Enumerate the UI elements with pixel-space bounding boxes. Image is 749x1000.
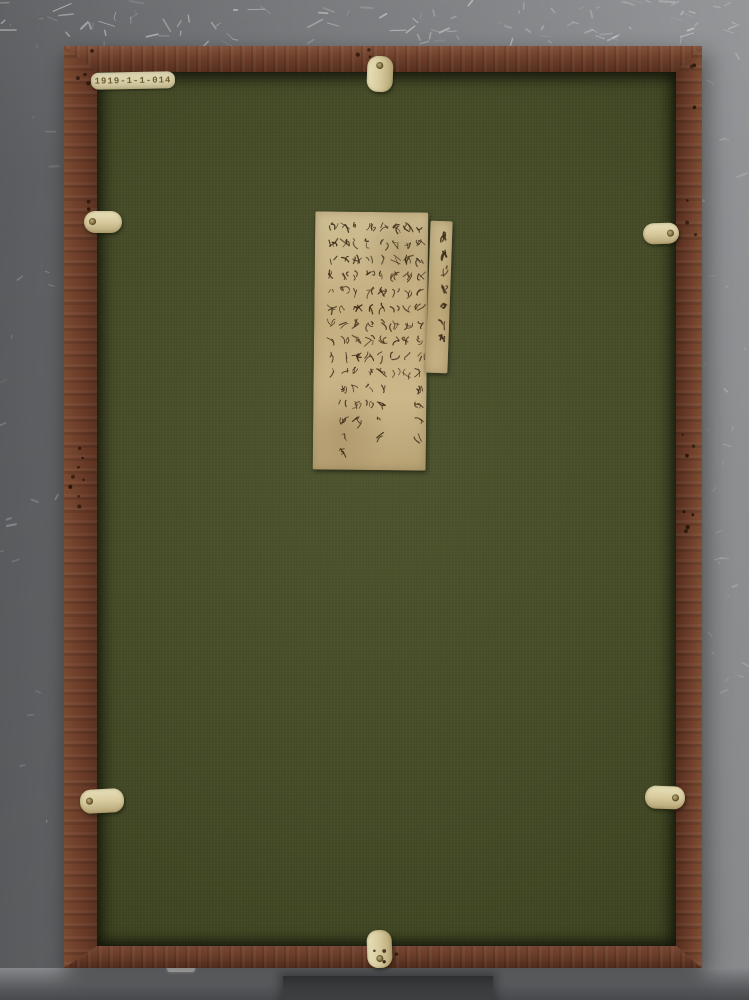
turn-clip-bottom-center: [366, 930, 392, 969]
turn-clip-lower-right: [645, 785, 686, 809]
clip-screw: [672, 794, 679, 801]
clip-screw: [376, 62, 383, 69]
turn-clip-top-center: [366, 56, 393, 93]
clip-screw: [376, 955, 383, 962]
picture-frame-back: 1919-1-1-014: [64, 46, 702, 968]
accession-number-label: 1919-1-1-014: [91, 71, 175, 89]
frame-rail-left: [64, 46, 97, 968]
inscription-calligraphy: [313, 211, 429, 470]
backing-board: [97, 72, 676, 946]
floor: [0, 968, 749, 1000]
plinth: [283, 976, 493, 1000]
turn-clip-upper-right: [643, 222, 680, 244]
accession-number-text: 1919-1-1-014: [95, 75, 172, 86]
clip-screw: [667, 230, 674, 237]
frame-rail-right: [676, 46, 702, 968]
clip-screw: [89, 218, 96, 225]
turn-clip-lower-left: [79, 788, 124, 814]
inscription-label: [313, 211, 429, 470]
turn-clip-upper-left: [84, 211, 122, 233]
clip-screw: [86, 797, 93, 804]
photograph-back-of-framed-painting: 1919-1-1-014: [0, 0, 749, 1000]
